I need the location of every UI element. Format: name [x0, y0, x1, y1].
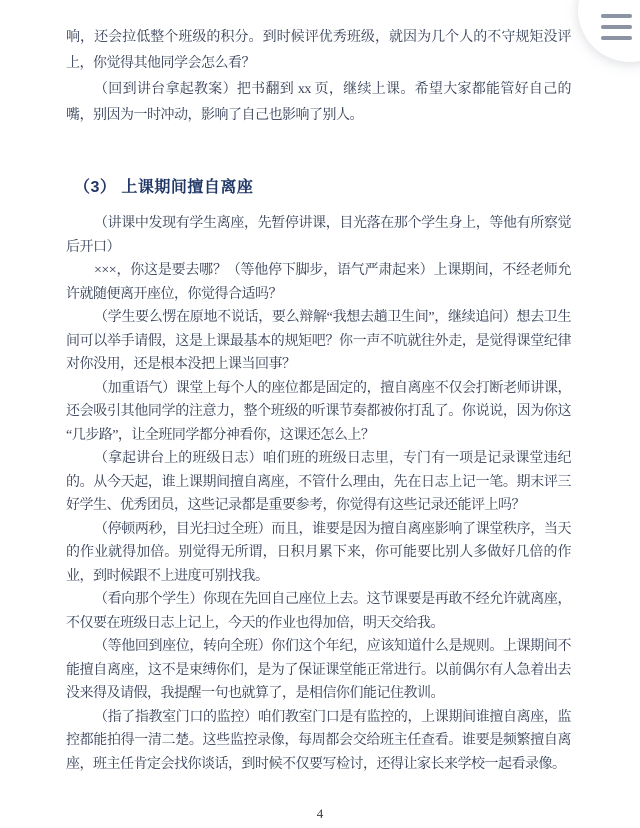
page-number: 4 — [0, 806, 640, 822]
paragraph: （讲课中发现有学生离座，先暂停讲课，目光落在那个学生身上，等他有所察觉后开口） — [66, 212, 571, 259]
paragraph: （加重语气）课堂上每个人的座位都是固定的，擅自离座不仅会打断老师讲课，还会吸引其… — [66, 377, 571, 448]
paragraph: （看向那个学生）你现在先回自己座位上去。这节课要是再敢不经允许就离座，不仅要在班… — [66, 588, 571, 635]
paragraph: 响，还会拉低整个班级的积分。到时候评优秀班级，就因为几个人的不守规矩没评上，你觉… — [66, 25, 571, 77]
paragraph: （等他回到座位，转向全班）你们这个年纪，应该知道什么是规则。上课期间不能擅自离座… — [66, 635, 571, 706]
paragraph: （回到讲台拿起教案）把书翻到 xx 页，继续上课。希望大家都能管好自己的嘴，别因… — [66, 77, 571, 129]
section-text: （讲课中发现有学生离座，先暂停讲课，目光落在那个学生身上，等他有所察觉后开口）×… — [66, 212, 571, 776]
paragraph: ×××，你这是要去哪？（等他停下脚步，语气严肃起来）上课期间，不经老师允许就随便… — [66, 259, 571, 306]
paragraph: （指了指教室门口的监控）咱们教室门口是有监控的，上课期间谁擅自离座，监控都能拍得… — [66, 706, 571, 777]
section-heading: （3） 上课期间擅自离座 — [74, 175, 571, 200]
paragraph: （停顿两秒，目光扫过全班）而且，谁要是因为擅自离座影响了课堂秩序，当天的作业就得… — [66, 518, 571, 589]
paragraph: （学生要么愣在原地不说话，要么辩解“我想去趟卫生间”，继续追问）想去卫生间可以举… — [66, 306, 571, 377]
hamburger-menu-icon — [601, 14, 632, 40]
continuation-text: 响，还会拉低整个班级的积分。到时候评优秀班级，就因为几个人的不守规矩没评上，你觉… — [66, 25, 571, 129]
document-page: 响，还会拉低整个班级的积分。到时候评优秀班级，就因为几个人的不守规矩没评上，你觉… — [0, 0, 640, 828]
paragraph: （拿起讲台上的班级日志）咱们班的班级日志里，专门有一项是记录课堂违纪的。从今天起… — [66, 447, 571, 518]
document-content: 响，还会拉低整个班级的积分。到时候评优秀班级，就因为几个人的不守规矩没评上，你觉… — [0, 0, 640, 776]
